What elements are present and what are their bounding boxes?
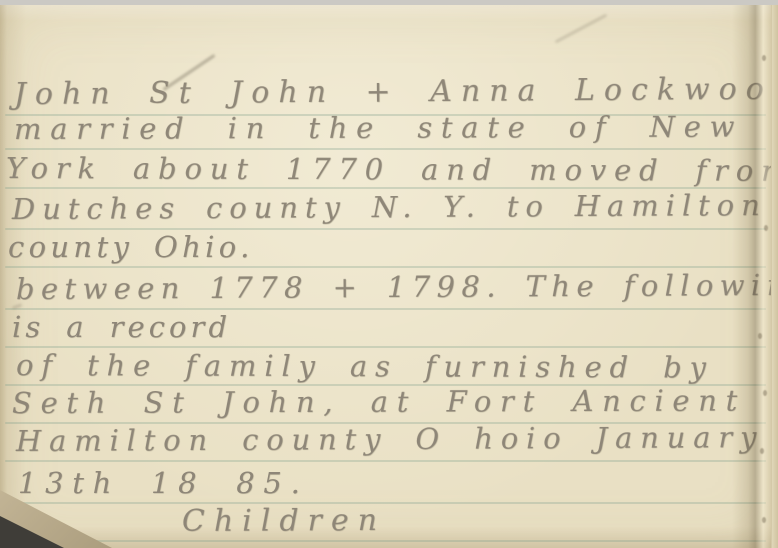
handwriting-line-1: John St John + Anna Lockwood — [14, 72, 778, 112]
notebook-page: John St John + Anna Lockwood married in … — [0, 5, 778, 548]
binding-crease — [732, 5, 772, 548]
rule-line — [5, 540, 766, 542]
bleed-speck — [763, 390, 767, 396]
bleed-speck — [758, 333, 762, 339]
page-right-edge — [771, 5, 778, 548]
handwriting-line-10: Hamilton county O hoio January — [16, 420, 765, 458]
bleed-speck — [762, 517, 766, 523]
handwriting-line-9: Seth St John, at Fort Ancient — [12, 383, 746, 420]
rule-line — [5, 460, 766, 462]
handwriting-line-3: York about 1770 and moved from — [6, 151, 778, 188]
bleed-speck — [760, 448, 764, 454]
pencil-smudge — [555, 14, 608, 44]
handwriting-line-11: 13th 18 85. — [18, 466, 309, 500]
rule-line — [5, 148, 766, 150]
handwriting-line-2: married in the state of New — [14, 109, 743, 146]
handwriting-line-5: county Ohio. — [8, 230, 254, 264]
handwriting-line-6: between 1778 + 1798. The following — [16, 268, 778, 306]
handwriting-line-4: Dutches county N. Y. to Hamilton — [12, 188, 767, 226]
bleed-speck — [762, 55, 766, 61]
handwriting-line-8: of the family as furnished by — [16, 348, 714, 384]
bleed-speck — [764, 225, 768, 231]
handwriting-line-7: is a record — [12, 310, 231, 344]
handwriting-line-12: Children — [182, 503, 386, 539]
